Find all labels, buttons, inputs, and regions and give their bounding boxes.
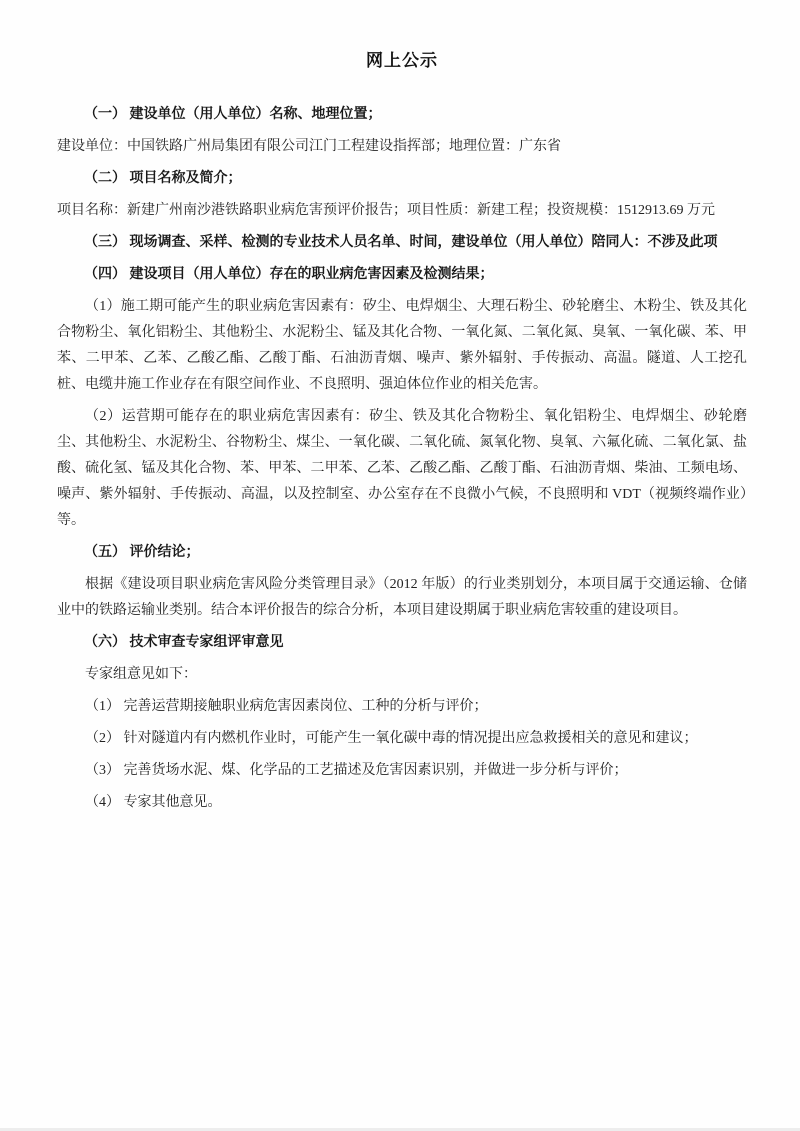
scanned-document-page: 网上公示 （一） 建设单位（用人单位）名称、地理位置； 建设单位：中国铁路广州局…: [0, 0, 800, 1131]
expert-opinion-item-1: （1） 完善运营期接触职业病危害因素岗位、工种的分析与评价；: [57, 694, 747, 720]
expert-opinion-item-4: （4） 专家其他意见。: [57, 790, 747, 816]
section-heading-6: （六） 技术审查专家组评审意见: [57, 630, 747, 656]
expert-opinion-item-3: （3） 完善货场水泥、煤、化学品的工艺描述及危害因素识别，并做进一步分析与评价；: [57, 758, 747, 784]
page-title: 网上公示: [57, 50, 747, 72]
evaluation-conclusion-paragraph: 根据《建设项目职业病危害风险分类管理目录》（2012 年版）的行业类别划分，本项…: [57, 572, 747, 624]
project-name-line: 项目名称：新建广州南沙港铁路职业病危害预评价报告；项目性质：新建工程；投资规模：…: [57, 198, 747, 224]
section-heading-1: （一） 建设单位（用人单位）名称、地理位置；: [57, 102, 747, 128]
construction-unit-line: 建设单位：中国铁路广州局集团有限公司江门工程建设指挥部；地理位置：广东省: [57, 134, 747, 160]
expert-opinions-intro: 专家组意见如下：: [57, 662, 747, 688]
section-heading-3: （三） 现场调查、采样、检测的专业技术人员名单、时间，建设单位（用人单位）陪同人…: [57, 230, 747, 256]
expert-opinion-item-2: （2） 针对隧道内有内燃机作业时，可能产生一氧化碳中毒的情况提出应急救援相关的意…: [57, 726, 747, 752]
section-heading-5: （五） 评价结论；: [57, 540, 747, 566]
operation-period-hazards-paragraph: （2）运营期可能存在的职业病危害因素有：矽尘、铁及其化合物粉尘、氧化铝粉尘、电焊…: [57, 404, 747, 534]
section-heading-4: （四） 建设项目（用人单位）存在的职业病危害因素及检测结果；: [57, 262, 747, 288]
construction-period-hazards-paragraph: （1）施工期可能产生的职业病危害因素有：矽尘、电焊烟尘、大理石粉尘、砂轮磨尘、木…: [57, 294, 747, 398]
section-heading-2: （二） 项目名称及简介；: [57, 166, 747, 192]
